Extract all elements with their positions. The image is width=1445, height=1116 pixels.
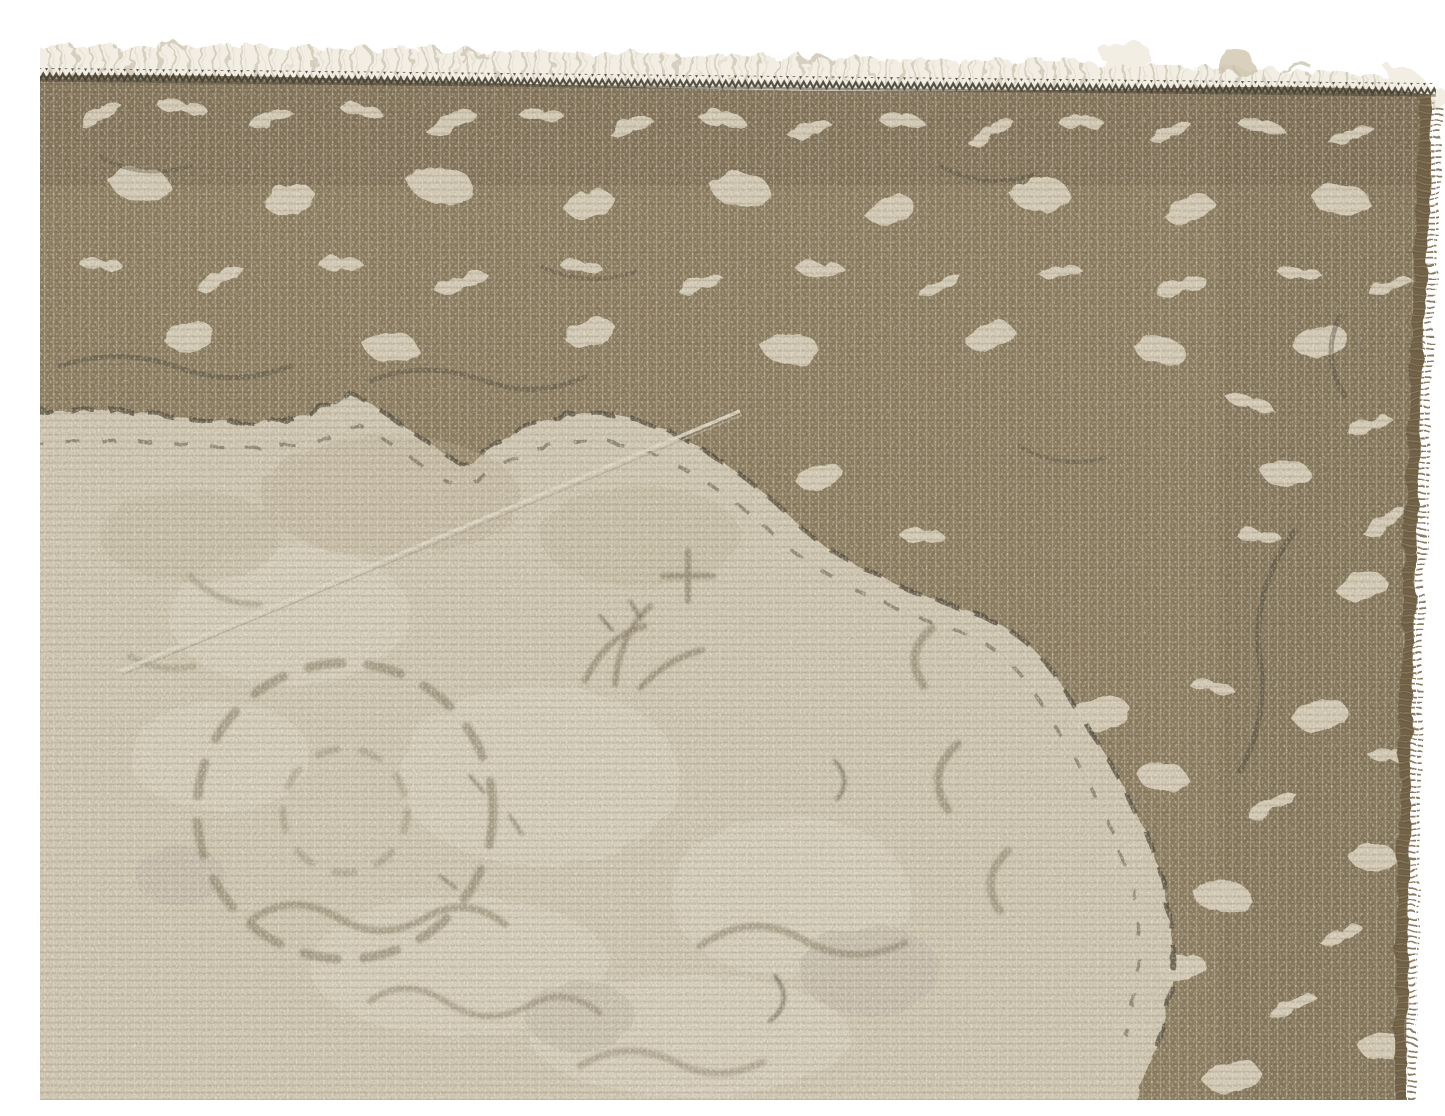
rug-photo xyxy=(40,16,1445,1100)
rug-image xyxy=(40,16,1445,1100)
rug-body xyxy=(40,66,1440,1100)
grain-overlay xyxy=(40,66,1438,1100)
